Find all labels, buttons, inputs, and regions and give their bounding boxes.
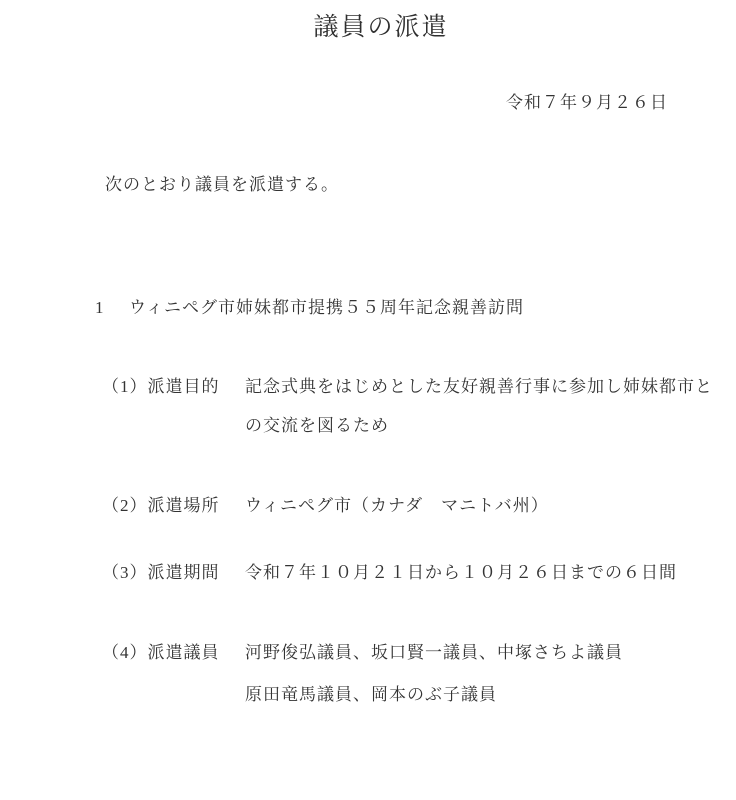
item-3-content-line-1: 令和７年１０月２１日から１０月２６日までの６日間 <box>245 563 677 583</box>
item-2-label: （2）派遣場所 <box>102 496 220 516</box>
section-heading: ウィニペグ市姉妹都市提携５５周年記念親善訪問 <box>129 298 524 318</box>
document-page: 議員の派遣 令和７年９月２６日 次のとおり議員を派遣する。 1 ウィニペグ市姉妹… <box>0 0 736 800</box>
item-3-label: （3）派遣期間 <box>102 563 220 583</box>
item-1-content-line-1: 記念式典をはじめとした友好親善行事に参加し姉妹都市と <box>245 377 713 397</box>
item-1-content-line-2: の交流を図るため <box>245 416 389 436</box>
item-1-label: （1）派遣目的 <box>102 377 220 397</box>
item-4-label: （4）派遣議員 <box>102 643 220 663</box>
intro-sentence: 次のとおり議員を派遣する。 <box>105 175 339 195</box>
item-4-content-line-2: 原田竜馬議員、岡本のぶ子議員 <box>245 685 497 705</box>
item-2-content-line-1: ウィニペグ市（カナダ マニトバ州） <box>245 496 549 516</box>
document-date: 令和７年９月２６日 <box>506 93 668 113</box>
section-number: 1 <box>95 298 105 318</box>
item-4-content-line-1: 河野俊弘議員、坂口賢一議員、中塚さちよ議員 <box>245 643 623 663</box>
page-title: 議員の派遣 <box>0 13 736 43</box>
